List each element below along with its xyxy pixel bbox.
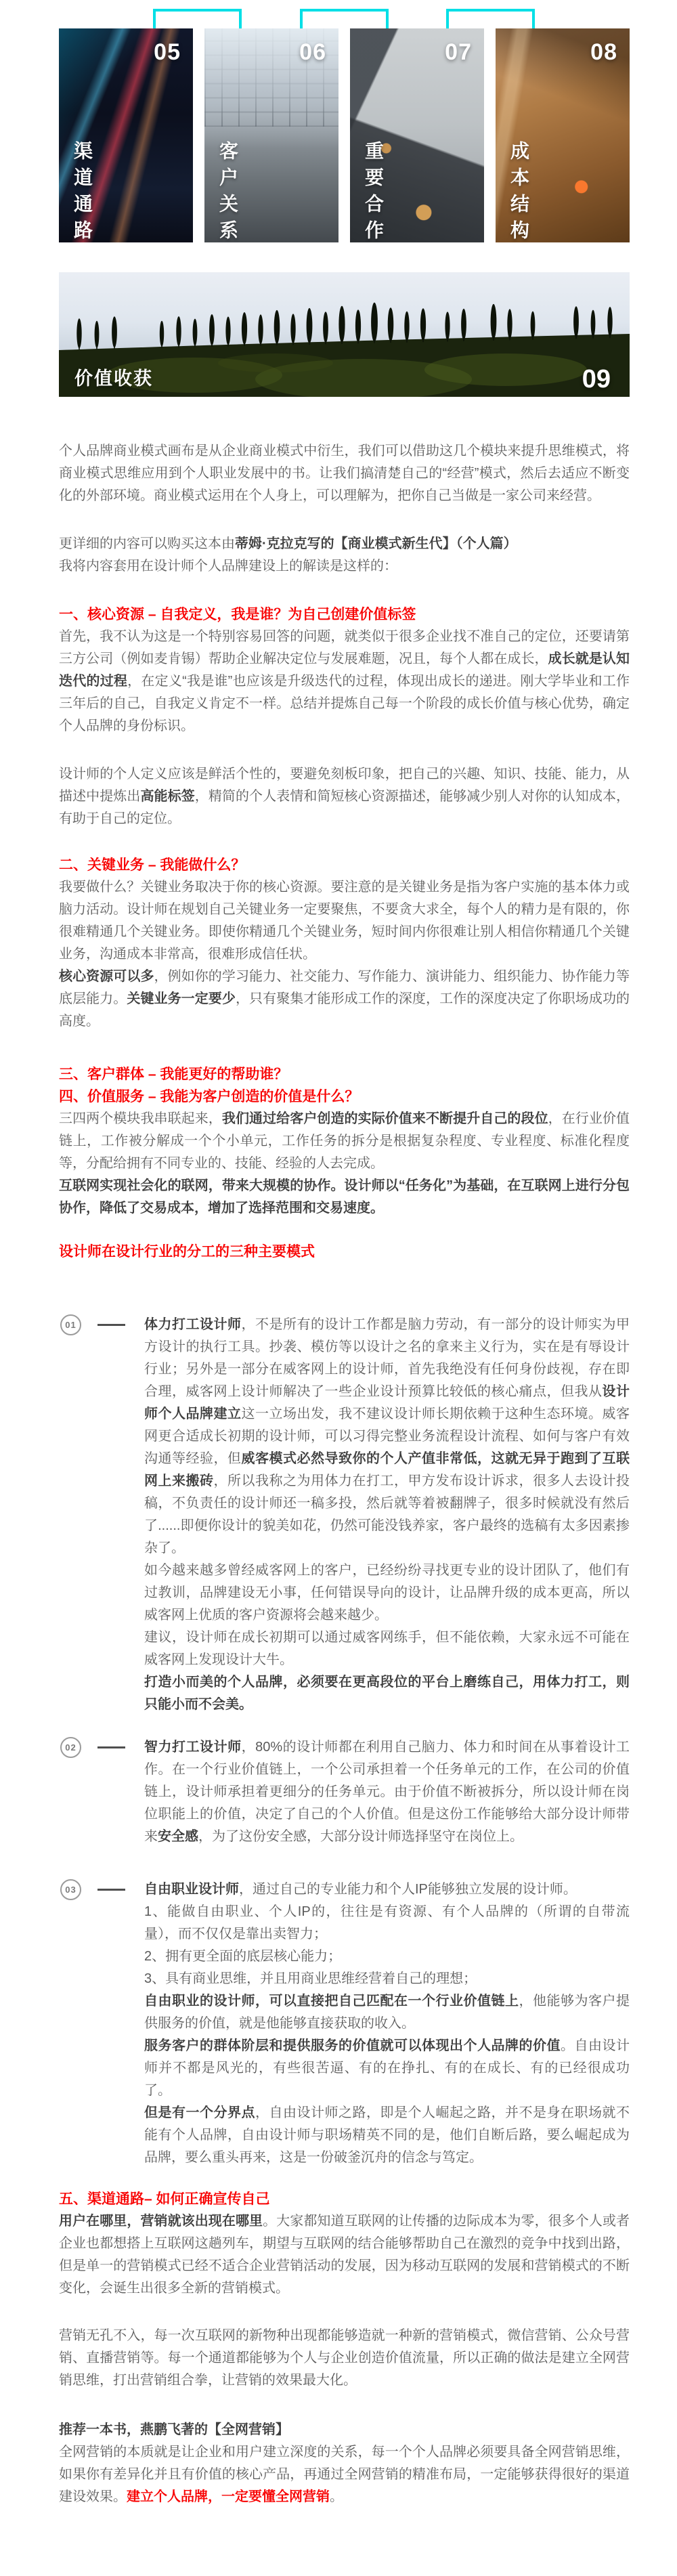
paragraph: 我要做什么？关键业务取决于你的核心资源。要注意的是关键业务是指为客户实施的基本体…	[59, 876, 630, 1033]
card-number: 08	[590, 39, 617, 66]
item-dash	[97, 1324, 125, 1326]
body-text: 个人品牌商业模式画布是从企业商业模式中衍生，我们可以借助这几个模块来提升思维模式…	[59, 444, 630, 503]
numbered-list-item: 02智力打工设计师，80%的设计师都在利用自己脑力、体力和时间在从事着设计工作。…	[59, 1736, 630, 1848]
hero-number: 09	[582, 365, 611, 394]
card-title: 渠道通路	[72, 141, 91, 242]
body-text: 更详细的内容可以购买这本由	[59, 536, 235, 551]
bold-text: 服务客户的群体阶层和提供服务的价值就可以体现出个人品牌的价值	[144, 2038, 561, 2053]
card-strip-section: 05 渠道通路 06 客户关系 07 重要合作 08 成本结构	[0, 0, 677, 242]
article-body: 个人品牌商业模式画布是从企业商业模式中衍生，我们可以借助这几个模块来提升思维模式…	[59, 440, 630, 2508]
bold-text: 自由职业设计师	[144, 1882, 239, 1897]
card-cost-structure-image: 08 成本结构	[496, 28, 630, 242]
section-heading: 设计师在设计行业的分工的三种主要模式	[59, 1241, 630, 1263]
body-text: 三、客户群体 – 我能更好的帮助谁？	[59, 1067, 288, 1082]
paragraph: 用户在哪里，营销就该出现在哪里。大家都知道互联网的让传播的边际成本为零，很多个人…	[59, 2210, 630, 2300]
bold-text: 核心资源可以多	[59, 969, 154, 984]
body-text: 2、拥有更全面的底层核心能力；	[144, 1949, 341, 1964]
item-number-badge: 02	[60, 1737, 81, 1758]
section-heading: 二、关键业务 – 我能做什么？	[59, 854, 630, 876]
card-key-partners-image: 07 重要合作	[350, 28, 484, 242]
paragraph: 三四两个模块我串联起来，我们通过给客户创造的实际价值来不断提升自己的段位，在行业…	[59, 1108, 630, 1220]
paragraph: 更详细的内容可以购买这本由蒂姆·克拉克写的【商业模式新生代】（个人篇）我将内容套…	[59, 533, 630, 578]
item-text: 自由职业设计师，通过自己的专业能力和个人IP能够独立发展的设计师。1、能做自由职…	[144, 1879, 630, 2169]
item-text: 体力打工设计师，不是所有的设计工作都是脑力劳动，有一部分的设计师实为甲方设计的执…	[144, 1314, 630, 1716]
connector-bracket-3	[446, 9, 535, 28]
card-number: 07	[445, 39, 472, 66]
section-heading: 四、价值服务 – 我能为客户创造的价值是什么？	[59, 1086, 630, 1108]
bold-text: 蒂姆·克拉克写的【商业模式新生代】（个人篇）	[235, 536, 517, 551]
numbered-list-item: 01体力打工设计师，不是所有的设计工作都是脑力劳动，有一部分的设计师实为甲方设计…	[59, 1314, 630, 1716]
bold-text: 互联网实现社会化的联网，带来大规模的协作。设计师以“任务化”为基础，在互联网上进…	[59, 1178, 630, 1216]
body-text: ，80%的设计师都在利用自己脑力、体力和时间在从事着设计工作。在一个行业价值链上…	[144, 1740, 630, 1844]
page-root: { "accent_colors": { "bracket_cyan": "#0…	[0, 0, 677, 2576]
card-title: 客户关系	[218, 141, 237, 242]
item-dash	[97, 1889, 125, 1891]
body-text: 四、价值服务 – 我能为客户创造的价值是什么？	[59, 1089, 359, 1104]
bold-text: 自由职业的设计师，可以直接把自己匹配在一个行业价值链上	[144, 1994, 519, 2009]
paragraph: 个人品牌商业模式画布是从企业商业模式中衍生，我们可以借助这几个模块来提升思维模式…	[59, 440, 630, 507]
bold-text: 我们通过给客户创造的实际价值来不断提升自己的段位	[222, 1111, 548, 1126]
body-text: ，为了这份安全感，大部分设计师选择坚守在岗位上。	[198, 1829, 523, 1844]
item-number-badge: 01	[60, 1314, 81, 1335]
body-text: 1、能做自由职业、个人IP的，往往是有资源、有个人品牌的（所谓的自带流量），而不…	[144, 1904, 630, 1941]
body-text: 一、核心资源 – 自我定义，我是谁？为自己创建价值标签	[59, 607, 416, 622]
hero-value-banner: 价值收获 09	[59, 272, 630, 397]
item-dash	[97, 1746, 125, 1748]
body-text: 3、具有商业思维，并且用商业思维经营着自己的理想；	[144, 1971, 477, 1986]
body-text: 营销无孔不入，每一次互联网的新物种出现都能够造就一种新的营销模式，微信营销、公众…	[59, 2328, 630, 2388]
section-heading: 五、渠道通路– 如何正确宣传自己	[59, 2188, 630, 2210]
body-text: 首先，我不认为这是一个特别容易回答的问题，就类似于很多企业找不准自己的定位，还要…	[59, 629, 630, 666]
bold-text: 关键业务一定要少	[127, 991, 236, 1006]
body-text: ，在定义“我是谁”也应该是升级迭代的过程，体现出成长的递进。刚大学毕业和工作三年…	[59, 674, 630, 733]
body-text: 。	[330, 2489, 343, 2504]
card-title: 重要合作	[364, 141, 383, 242]
bold-text: 用户在哪里，营销就该出现在哪里	[59, 2214, 263, 2229]
body-text: 如今越来越多曾经威客网上的客户，已经纷纷寻找更专业的设计团队了，他们有过教训，品…	[144, 1563, 630, 1623]
body-text: 二、关键业务 – 我能做什么？	[59, 857, 245, 873]
bold-text: 打造小而美的个人品牌，必须要在更高段位的平台上磨练自己，用体力打工，则只能小而不…	[144, 1675, 630, 1712]
body-text: 三四两个模块我串联起来，	[59, 1111, 222, 1126]
card-number: 05	[154, 39, 181, 66]
body-text: 设计师在设计行业的分工的三种主要模式	[59, 1244, 315, 1260]
section-heading: 一、核心资源 – 自我定义，我是谁？为自己创建价值标签	[59, 603, 630, 626]
paragraph: 推荐一本书，燕鹏飞著的【全网营销】全网营销的本质就是让企业和用户建立深度的关系，…	[59, 2419, 630, 2508]
connector-bracket-2	[300, 9, 389, 28]
card-number: 06	[299, 39, 326, 66]
hero-title: 价值收获	[74, 364, 153, 390]
bold-text: 但是有一个分界点	[144, 2105, 255, 2120]
bold-text: 高能标签	[140, 789, 194, 804]
body-text: 我将内容套用在设计师个人品牌建设上的解读是这样的：	[59, 559, 397, 574]
bold-text: 安全感	[158, 1829, 198, 1844]
paragraph: 首先，我不认为这是一个特别容易回答的问题，就类似于很多企业找不准自己的定位，还要…	[59, 626, 630, 737]
card-customer-relation-image: 06 客户关系	[204, 28, 338, 242]
body-text: 五、渠道通路– 如何正确宣传自己	[59, 2191, 270, 2207]
body-text: ，所以我称之为用体力在打工，甲方发布设计诉求，很多人去设计投稿，不负责任的设计师…	[144, 1474, 630, 1555]
item-number-badge: 03	[60, 1879, 81, 1900]
numbered-list-item: 03自由职业设计师，通过自己的专业能力和个人IP能够独立发展的设计师。1、能做自…	[59, 1879, 630, 2169]
body-text: 建议，设计师在成长初期可以通过威客网练手，但不能依赖，大家永远不可能在威客网上发…	[144, 1630, 630, 1667]
bold-text: 智力打工设计师	[144, 1740, 242, 1755]
body-text: ，通过自己的专业能力和个人IP能够独立发展的设计师。	[239, 1882, 577, 1897]
card-title: 成本结构	[509, 141, 528, 242]
section-heading: 三、客户群体 – 我能更好的帮助谁？	[59, 1063, 630, 1086]
paragraph: 营销无孔不入，每一次互联网的新物种出现都能够造就一种新的营销模式，微信营销、公众…	[59, 2325, 630, 2392]
body-text: 我要做什么？关键业务取决于你的核心资源。要注意的是关键业务是指为客户实施的基本体…	[59, 880, 630, 962]
bold-text: 体力打工设计师	[144, 1317, 242, 1332]
card-channel-image: 05 渠道通路	[59, 28, 193, 242]
connector-bracket-1	[153, 9, 242, 28]
bold-text: 推荐一本书，燕鹏飞著的【全网营销】	[59, 2422, 289, 2437]
paragraph: 设计师的个人定义应该是鲜活个性的，要避免刻板印象，把自己的兴趣、知识、技能、能力…	[59, 763, 630, 830]
item-text: 智力打工设计师，80%的设计师都在利用自己脑力、体力和时间在从事着设计工作。在一…	[144, 1736, 630, 1848]
highlight-red-text: 建立个人品牌，一定要懂全网营销	[127, 2489, 330, 2504]
cards-row: 05 渠道通路 06 客户关系 07 重要合作 08 成本结构	[59, 28, 630, 242]
